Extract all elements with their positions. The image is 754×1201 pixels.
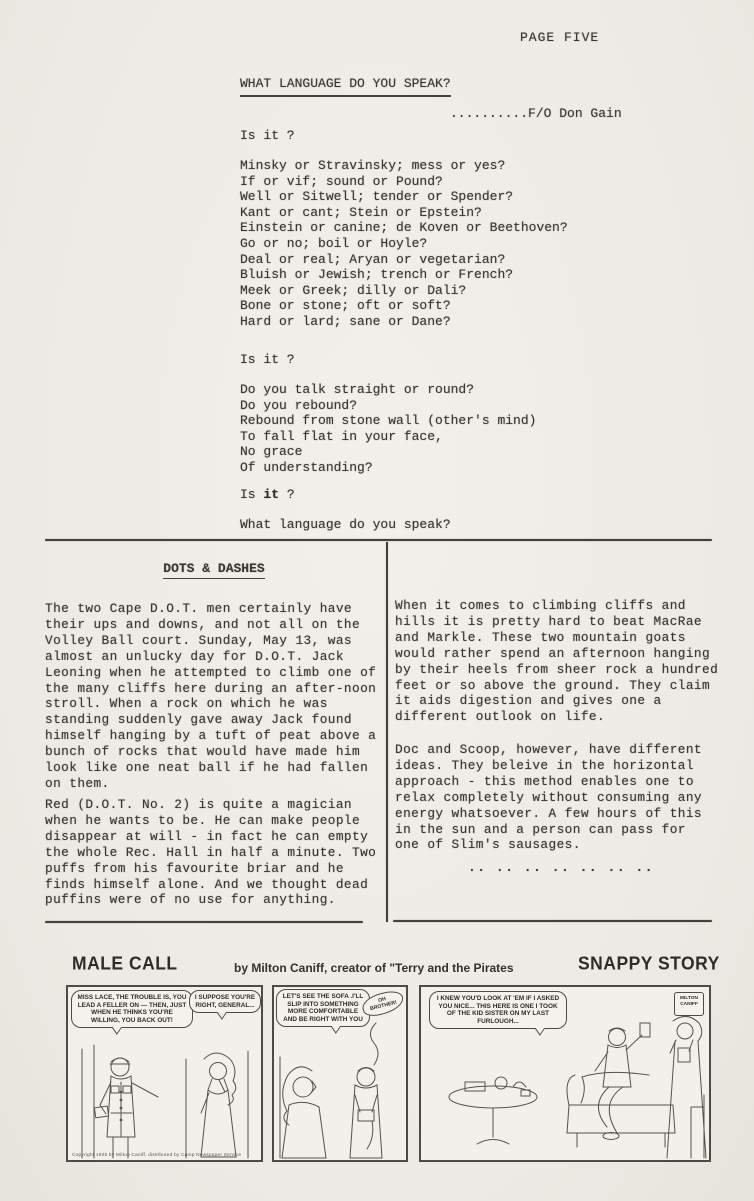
artist-signature-badge: MILTON CANIFF [674, 992, 704, 1016]
comic-panel-3: I KNEW YOU'D LOOK AT 'EM IF I ASKED YOU … [419, 985, 711, 1162]
dots-dashes-right-paragraph-2: Doc and Scoop, however, have different i… [395, 742, 717, 853]
poem-stanza-1: Minsky or Stravinsky; mess or yes? If or… [240, 158, 568, 330]
comic-copyright-line: Copyright 1945 by Milton Caniff, distrib… [72, 1154, 241, 1159]
poem-stanza-2: Do you talk straight or round? Do you re… [240, 382, 536, 476]
poem-refrain-2: Is it ? [240, 352, 295, 368]
dots-dashes-right-paragraph-1: When it comes to climbing cliffs and hil… [395, 598, 719, 725]
speech-bubble-soldier: MISS LACE, THE TROUBLE IS, YOU LEAD A FE… [71, 990, 193, 1028]
scanned-newsletter-page: PAGE FIVE WHAT LANGUAGE DO YOU SPEAK? ..… [0, 0, 754, 1201]
dots-dashes-title-text: DOTS & DASHES [163, 561, 264, 579]
comic-panel-1: MISS LACE, THE TROUBLE IS, YOU LEAD A FE… [66, 985, 263, 1162]
dots-dashes-left-paragraph-2: Red (D.O.T. No. 2) is quite a magician w… [45, 797, 385, 908]
comic-episode-title: SNAPPY STORY [578, 954, 720, 973]
dots-dashes-end-ornament: .. .. .. .. .. .. .. [468, 860, 654, 876]
speech-bubble-lace: LET'S SEE THE SOFA .I'LL SLIP INTO SOMET… [276, 989, 370, 1027]
section-divider-top [45, 539, 712, 541]
comic-panel-2: LET'S SEE THE SOFA .I'LL SLIP INTO SOMET… [272, 985, 408, 1162]
poem-refrain-3: Is it ? [240, 487, 295, 503]
poem-refrain-3-pre: Is [240, 487, 263, 502]
poem-title: WHAT LANGUAGE DO YOU SPEAK? [240, 76, 451, 97]
poem-refrain-3-emphasis: it [263, 487, 279, 502]
comic-strip-title: MALE CALL [72, 954, 178, 973]
speech-bubble-soldier: I KNEW YOU'D LOOK AT 'EM IF I ASKED YOU … [429, 991, 567, 1029]
dots-dashes-title: DOTS & DASHES [45, 561, 383, 577]
section-divider-bottom-right [393, 920, 712, 922]
poem-closing-line: What language do you speak? [240, 517, 451, 533]
page-number: PAGE FIVE [520, 30, 599, 46]
poem-refrain-1: Is it ? [240, 128, 295, 144]
section-divider-bottom-left [45, 921, 363, 923]
speech-bubble-lace: I SUPPOSE YOU'RE RIGHT, GENERAL... [189, 990, 261, 1013]
column-divider [386, 542, 388, 922]
comic-strip-byline: by Milton Caniff, creator of "Terry and … [234, 962, 514, 974]
dots-dashes-left-paragraph-1: The two Cape D.O.T. men certainly have t… [45, 601, 383, 792]
poem-refrain-3-post: ? [279, 487, 295, 502]
poem-byline: ..........F/O Don Gain [450, 106, 622, 122]
